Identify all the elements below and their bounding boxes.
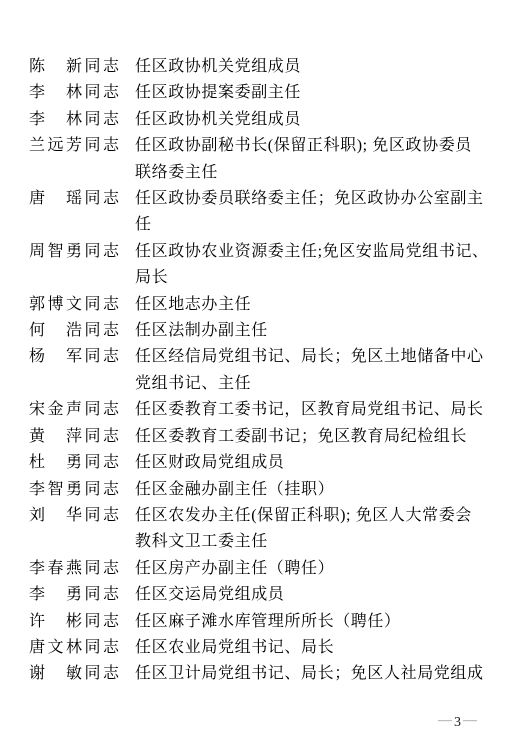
position-text: 任区卫计局党组书记、局长；免区人社局党组成 — [135, 661, 484, 687]
position-line: 任区法制办副主任 — [135, 318, 483, 344]
person-name: 刘 华同志 — [29, 503, 135, 529]
position-line: 任区政协委员联络委主任；免区政协办公室副主 — [135, 186, 484, 212]
document-page: 陈 新同志任区政协机关党组成员李 林同志任区政协提案委副主任李 林同志任区政协机… — [0, 0, 505, 753]
position-line: 党组书记、主任 — [135, 371, 484, 397]
appointment-entry: 郭博文同志任区地志办主任 — [29, 292, 483, 318]
appointment-entry: 何 浩同志任区法制办副主任 — [29, 318, 483, 344]
appointment-entry: 李 勇同志任区交运局党组成员 — [29, 582, 483, 608]
person-name: 李春燕同志 — [29, 556, 135, 582]
position-text: 任区财政局党组成员 — [135, 450, 483, 476]
position-text: 任区麻子滩水库管理所所长（聘任） — [135, 609, 483, 635]
position-line: 任区交运局党组成员 — [135, 582, 483, 608]
position-text: 任区政协农业资源委主任;免区安监局党组书记、局长 — [135, 239, 489, 292]
appointment-entry: 李智勇同志任区金融办副主任（挂职） — [29, 477, 483, 503]
position-text: 任区农发办主任(保留正科职); 免区人大常委会教科文卫工委主任 — [135, 503, 483, 556]
appointment-entry: 宋金声同志任区委教育工委书记，区教育局党组书记、局长 — [29, 397, 483, 423]
position-text: 任区地志办主任 — [135, 292, 483, 318]
position-line: 任区委教育工委副书记；免区教育局纪检组长 — [135, 424, 483, 450]
appointment-entry: 杨 军同志任区经信局党组书记、局长；免区土地储备中心党组书记、主任 — [29, 344, 483, 397]
appointment-entry: 唐 瑶同志任区政协委员联络委主任；免区政协办公室副主任 — [29, 186, 483, 239]
person-name: 李 勇同志 — [29, 582, 135, 608]
position-line: 任 — [135, 212, 484, 238]
page-number-value: 3 — [452, 715, 463, 730]
appointment-entry: 陈 新同志任区政协机关党组成员 — [29, 54, 483, 80]
appointment-entry: 唐文林同志任区农业局党组书记、局长 — [29, 635, 483, 661]
position-line: 任区房产办副主任（聘任） — [135, 556, 483, 582]
person-name: 李智勇同志 — [29, 477, 135, 503]
position-line: 任区金融办副主任（挂职） — [135, 477, 483, 503]
position-line: 任区经信局党组书记、局长；免区土地储备中心 — [135, 344, 484, 370]
position-text: 任区法制办副主任 — [135, 318, 483, 344]
position-line: 任区政协副秘书长(保留正科职); 免区政协委员 — [135, 133, 483, 159]
position-text: 任区房产办副主任（聘任） — [135, 556, 483, 582]
appointment-entry: 许 彬同志任区麻子滩水库管理所所长（聘任） — [29, 609, 483, 635]
appointment-entry: 李春燕同志任区房产办副主任（聘任） — [29, 556, 483, 582]
position-line: 任区政协农业资源委主任;免区安监局党组书记、 — [135, 239, 489, 265]
person-name: 谢 敏同志 — [29, 661, 135, 687]
person-name: 黄 萍同志 — [29, 424, 135, 450]
person-name: 何 浩同志 — [29, 318, 135, 344]
appointment-entry: 李 林同志任区政协机关党组成员 — [29, 107, 483, 133]
position-line: 教科文卫工委主任 — [135, 529, 483, 555]
page-number-right-dash: — — [463, 713, 477, 728]
appointment-entry: 黄 萍同志任区委教育工委副书记；免区教育局纪检组长 — [29, 424, 483, 450]
appointment-entry: 兰远芳同志任区政协副秘书长(保留正科职); 免区政协委员联络委主任 — [29, 133, 483, 186]
person-name: 唐 瑶同志 — [29, 186, 135, 212]
position-line: 任区政协机关党组成员 — [135, 54, 483, 80]
position-line: 任区麻子滩水库管理所所长（聘任） — [135, 609, 483, 635]
appointment-entry: 周智勇同志任区政协农业资源委主任;免区安监局党组书记、局长 — [29, 239, 483, 292]
position-text: 任区农业局党组书记、局长 — [135, 635, 483, 661]
appointment-entry: 谢 敏同志任区卫计局党组书记、局长；免区人社局党组成 — [29, 661, 483, 687]
person-name: 李 林同志 — [29, 107, 135, 133]
position-line: 任区政协机关党组成员 — [135, 107, 483, 133]
person-name: 陈 新同志 — [29, 54, 135, 80]
appointment-list: 陈 新同志任区政协机关党组成员李 林同志任区政协提案委副主任李 林同志任区政协机… — [29, 54, 483, 688]
position-line: 局长 — [135, 265, 489, 291]
position-text: 任区金融办副主任（挂职） — [135, 477, 483, 503]
position-line: 任区财政局党组成员 — [135, 450, 483, 476]
position-line: 任区农发办主任(保留正科职); 免区人大常委会 — [135, 503, 483, 529]
position-text: 任区政协副秘书长(保留正科职); 免区政协委员联络委主任 — [135, 133, 483, 186]
appointment-entry: 杜 勇同志任区财政局党组成员 — [29, 450, 483, 476]
position-text: 任区政协提案委副主任 — [135, 80, 483, 106]
position-text: 任区委教育工委书记，区教育局党组书记、局长 — [135, 397, 484, 423]
person-name: 李 林同志 — [29, 80, 135, 106]
appointment-entry: 刘 华同志任区农发办主任(保留正科职); 免区人大常委会教科文卫工委主任 — [29, 503, 483, 556]
position-line: 任区卫计局党组书记、局长；免区人社局党组成 — [135, 661, 484, 687]
position-line: 联络委主任 — [135, 160, 483, 186]
position-line: 任区政协提案委副主任 — [135, 80, 483, 106]
position-text: 任区经信局党组书记、局长；免区土地储备中心党组书记、主任 — [135, 344, 484, 397]
person-name: 唐文林同志 — [29, 635, 135, 661]
position-text: 任区政协机关党组成员 — [135, 54, 483, 80]
person-name: 周智勇同志 — [29, 239, 135, 265]
person-name: 杨 军同志 — [29, 344, 135, 370]
position-text: 任区交运局党组成员 — [135, 582, 483, 608]
page-number-left-dash: — — [438, 713, 452, 728]
appointment-entry: 李 林同志任区政协提案委副主任 — [29, 80, 483, 106]
person-name: 郭博文同志 — [29, 292, 135, 318]
position-line: 任区地志办主任 — [135, 292, 483, 318]
position-text: 任区政协委员联络委主任；免区政协办公室副主任 — [135, 186, 484, 239]
person-name: 许 彬同志 — [29, 609, 135, 635]
person-name: 兰远芳同志 — [29, 133, 135, 159]
position-line: 任区委教育工委书记，区教育局党组书记、局长 — [135, 397, 484, 423]
position-text: 任区委教育工委副书记；免区教育局纪检组长 — [135, 424, 483, 450]
position-text: 任区政协机关党组成员 — [135, 107, 483, 133]
page-number: —3— — [438, 716, 477, 730]
person-name: 杜 勇同志 — [29, 450, 135, 476]
position-line: 任区农业局党组书记、局长 — [135, 635, 483, 661]
person-name: 宋金声同志 — [29, 397, 135, 423]
